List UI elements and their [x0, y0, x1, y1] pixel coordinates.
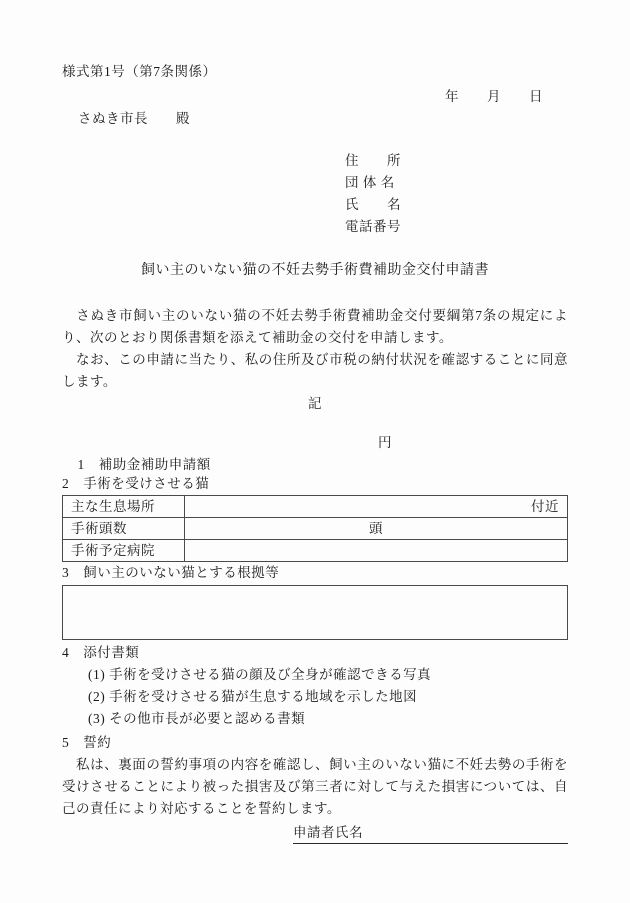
date-line: 年 月 日 [62, 86, 568, 108]
section3-heading: 3 飼い主のいない猫とする根拠等 [62, 562, 568, 584]
section2-heading: 2 手術を受けさせる猫 [62, 473, 568, 495]
address-label: 住 所 [345, 150, 568, 172]
name-label: 氏 名 [345, 194, 568, 216]
habitat-row-label: 主な生息場所 [63, 496, 185, 518]
attachment-item-3: (3) その他市長が必要と認める書類 [62, 708, 568, 730]
habitat-input-cell[interactable]: 付近 [185, 496, 568, 518]
yen-unit-label: 円 [378, 432, 392, 454]
document-title: 飼い主のいない猫の不妊去勢手術費補助金交付申請書 [62, 260, 568, 282]
intro-paragraphs: さぬき市飼い主のいない猫の不妊去勢手術費補助金交付要綱第7条の規定により、次のと… [62, 305, 568, 415]
document-page: 様式第1号（第7条関係） 年 月 日 さぬき市長 殿 住 所 団 体 名 氏 名… [0, 0, 630, 903]
applicant-name-signature-line[interactable]: 申請者氏名 [293, 822, 568, 844]
intro-paragraph-1: さぬき市飼い主のいない猫の不妊去勢手術費補助金交付要綱第7条の規定により、次のと… [62, 305, 568, 349]
section1-label: 1 補助金補助申請額 [78, 457, 211, 472]
rationale-input-box[interactable] [62, 585, 568, 640]
amount-input-area[interactable] [192, 434, 372, 452]
hospital-input-cell[interactable] [185, 540, 568, 562]
attachment-item-1: (1) 手術を受けさせる猫の顔及び全身が確認できる写真 [62, 664, 568, 686]
section5-heading: 5 誓約 [62, 732, 568, 754]
table-row-head-count: 手術頭数 頭 [63, 518, 568, 540]
applicant-name-label: 申請者氏名 [293, 825, 363, 840]
head-count-row-label: 手術頭数 [63, 518, 185, 540]
habitat-suffix-label: 付近 [531, 499, 559, 514]
head-count-unit-label: 頭 [369, 521, 383, 536]
section4-heading: 4 添付書類 [62, 642, 568, 664]
intro-paragraph-2: なお、この申請に当たり、私の住所及び市税の納付状況を確認することに同意します。 [62, 349, 568, 393]
addressee: さぬき市長 殿 [62, 108, 568, 130]
phone-label: 電話番号 [345, 216, 568, 238]
cat-table: 主な生息場所 付近 手術頭数 頭 手術予定病院 [62, 495, 568, 562]
form-number: 様式第1号（第7条関係） [62, 61, 568, 83]
hospital-row-label: 手術予定病院 [63, 540, 185, 562]
attachment-item-2: (2) 手術を受けさせる猫が生息する地域を示した地図 [62, 686, 568, 708]
section1-amount-line: 1 補助金補助申請額 円 [62, 432, 568, 454]
pledge-paragraph: 私は、裏面の誓約事項の内容を確認し、飼い主のいない猫に不妊去勢の手術を受けさせる… [62, 754, 568, 820]
table-row-hospital: 手術予定病院 [63, 540, 568, 562]
head-count-input-cell[interactable]: 頭 [185, 518, 568, 540]
ki-marker: 記 [62, 393, 568, 415]
table-row-habitat: 主な生息場所 付近 [63, 496, 568, 518]
organization-label: 団 体 名 [345, 172, 568, 194]
applicant-block: 住 所 団 体 名 氏 名 電話番号 [345, 150, 568, 238]
